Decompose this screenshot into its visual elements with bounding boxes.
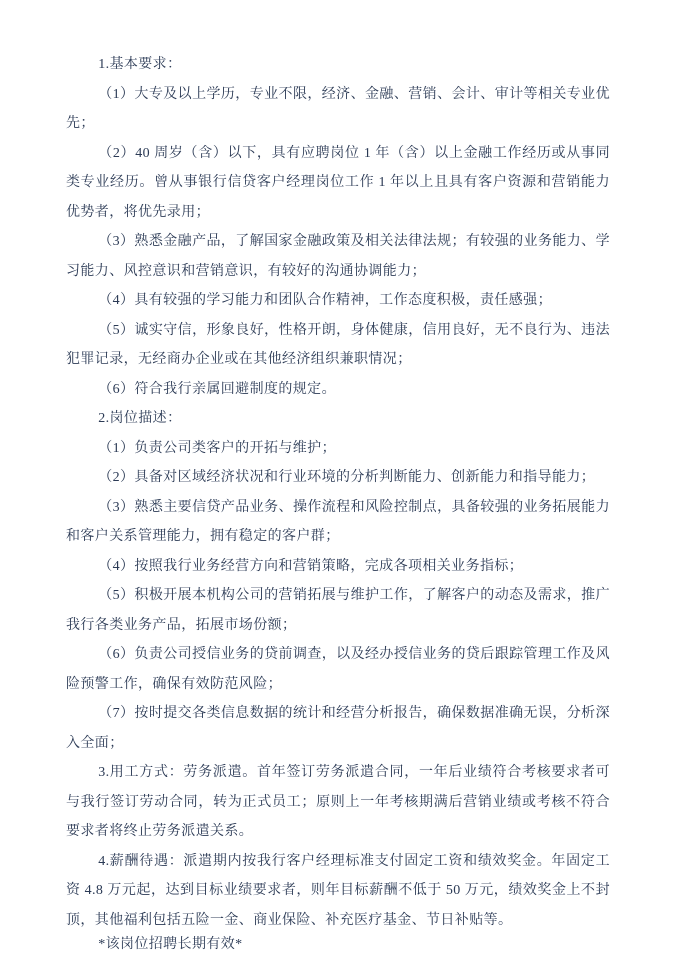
paragraph: （4）具有较强的学习能力和团队合作精神，工作态度积极，责任感强； (66, 286, 610, 316)
paragraph: 2.岗位描述： (66, 404, 610, 434)
paragraph: （3）熟悉主要信贷产品业务、操作流程和风险控制点，具备较强的业务拓展能力和客户关… (66, 493, 610, 552)
paragraph: （4）按照我行业务经营方向和营销策略，完成各项相关业务指标； (66, 552, 610, 582)
document-page: 1.基本要求：（1）大专及以上学历，专业不限，经济、金融、营销、会计、审计等相关… (0, 0, 674, 953)
document-body: 1.基本要求：（1）大专及以上学历，专业不限，经济、金融、营销、会计、审计等相关… (66, 50, 610, 953)
paragraph: 4.薪酬待遇：派遣期内按我行客户经理标准支付固定工资和绩效奖金。年固定工资 4.… (66, 847, 610, 936)
paragraph: 1.基本要求： (66, 50, 610, 80)
paragraph: （6）符合我行亲属回避制度的规定。 (66, 375, 610, 405)
paragraph: （7）按时提交各类信息数据的统计和经营分析报告，确保数据准确无误，分析深入全面； (66, 699, 610, 758)
paragraph: （3）熟悉金融产品，了解国家金融政策及相关法律法规；有较强的业务能力、学习能力、… (66, 227, 610, 286)
paragraph: （5）诚实守信，形象良好，性格开朗，身体健康，信用良好，无不良行为、违法犯罪记录… (66, 316, 610, 375)
paragraph: （2）具备对区域经济状况和行业环境的分析判断能力、创新能力和指导能力； (66, 463, 610, 493)
paragraph: （1）负责公司类客户的开拓与维护； (66, 434, 610, 464)
paragraph: （1）大专及以上学历，专业不限，经济、金融、营销、会计、审计等相关专业优先； (66, 80, 610, 139)
paragraph: 3.用工方式：劳务派遣。首年签订劳务派遣合同，一年后业绩符合考核要求者可与我行签… (66, 758, 610, 847)
paragraph: （6）负责公司授信业务的贷前调查，以及经办授信业务的贷后跟踪管理工作及风险预警工… (66, 640, 610, 699)
paragraph: （2）40 周岁（含）以下，具有应聘岗位 1 年（含）以上金融工作经历或从事同类… (66, 139, 610, 228)
paragraph: （5）积极开展本机构公司的营销拓展与维护工作，了解客户的动态及需求，推广我行各类… (66, 581, 610, 640)
